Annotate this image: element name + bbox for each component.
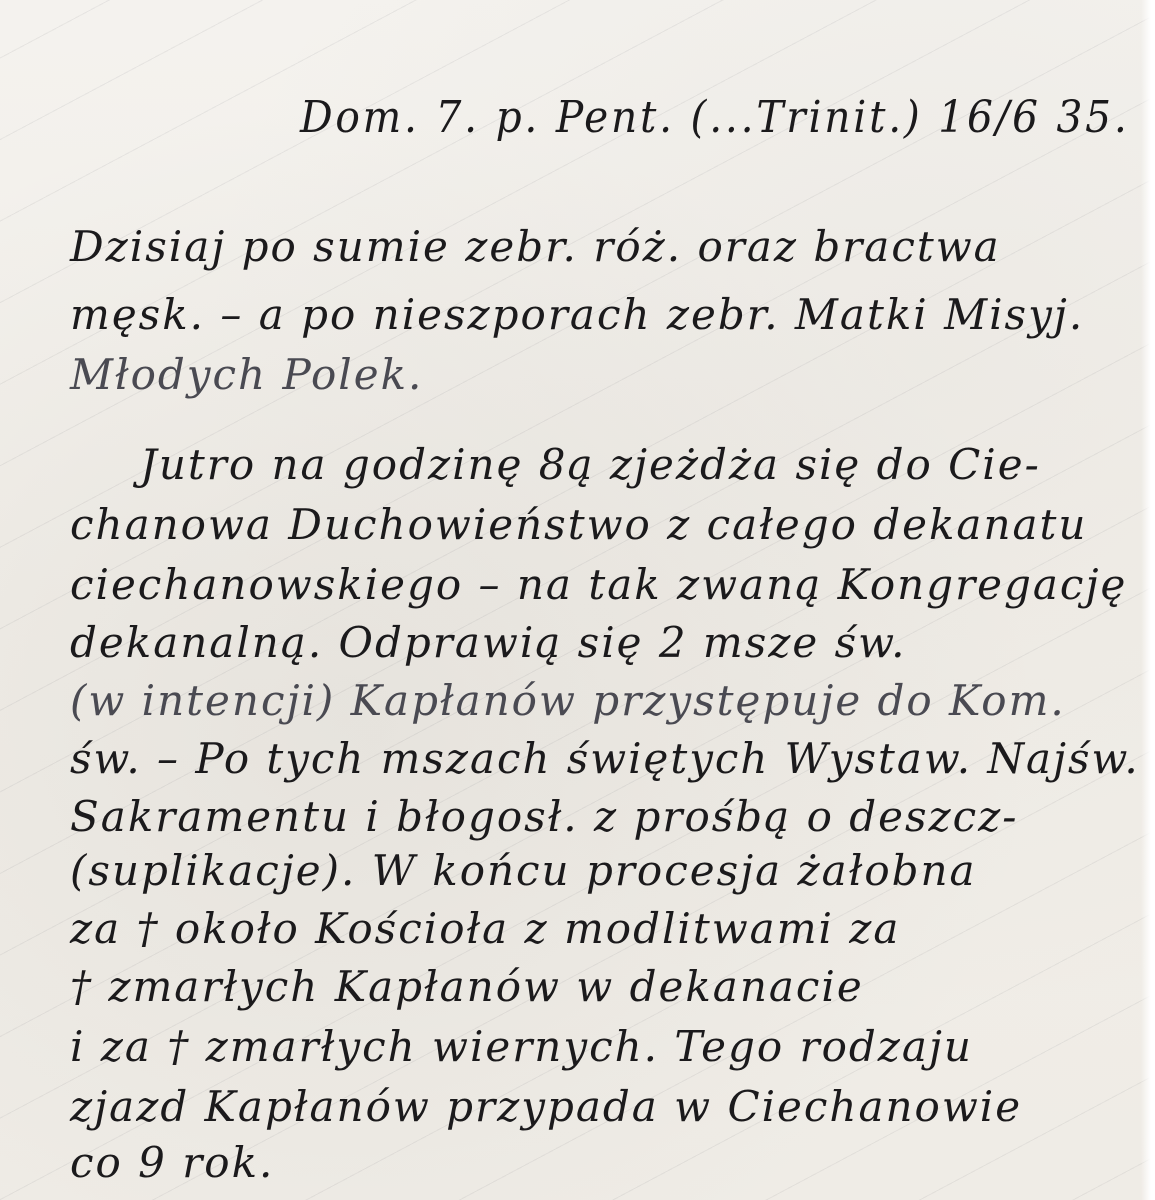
manuscript-page: Dom. 7. p. Pent. (...Trinit.) 16/6 35. D… bbox=[0, 0, 1155, 1200]
text-line-4: Jutro na godzinę 8ą zjeżdża się do Cie- bbox=[140, 440, 1041, 489]
text-line-11: (suplikacje). W końcu procesja żałobna bbox=[70, 846, 977, 895]
text-line-14: i za † zmarłych wiernych. Tego rodzaju bbox=[70, 1022, 973, 1071]
text-line-12: za † około Kościoła z modlitwami za bbox=[70, 904, 900, 953]
text-line-5: chanowa Duchowieństwo z całego dekanatu bbox=[70, 500, 1087, 549]
page-edge bbox=[1141, 0, 1155, 1200]
text-line-7: dekanalną. Odprawią się 2 msze św. bbox=[70, 618, 907, 667]
text-line-10: Sakramentu i błogosł. z prośbą o deszcz- bbox=[70, 792, 1018, 841]
text-line-15: zjazd Kapłanów przypada w Ciechanowie bbox=[70, 1082, 1022, 1131]
text-line-2: męsk. – a po nieszporach zebr. Matki Mis… bbox=[70, 290, 1084, 339]
text-line-16: co 9 rok. bbox=[70, 1138, 274, 1187]
text-line-13: † zmarłych Kapłanów w dekanacie bbox=[70, 962, 864, 1011]
text-line-9: św. – Po tych mszach świętych Wystaw. Na… bbox=[70, 734, 1140, 783]
text-line-3: Młodych Polek. bbox=[70, 350, 423, 399]
text-line-1: Dzisiaj po sumie zebr. róż. oraz bractwa bbox=[70, 222, 1001, 271]
entry-header-date: Dom. 7. p. Pent. (...Trinit.) 16/6 35. bbox=[300, 92, 1130, 143]
text-line-8: (w intencji) Kapłanów przystępuje do Kom… bbox=[70, 676, 1066, 725]
text-line-6: ciechanowskiego – na tak zwaną Kongregac… bbox=[70, 560, 1127, 609]
